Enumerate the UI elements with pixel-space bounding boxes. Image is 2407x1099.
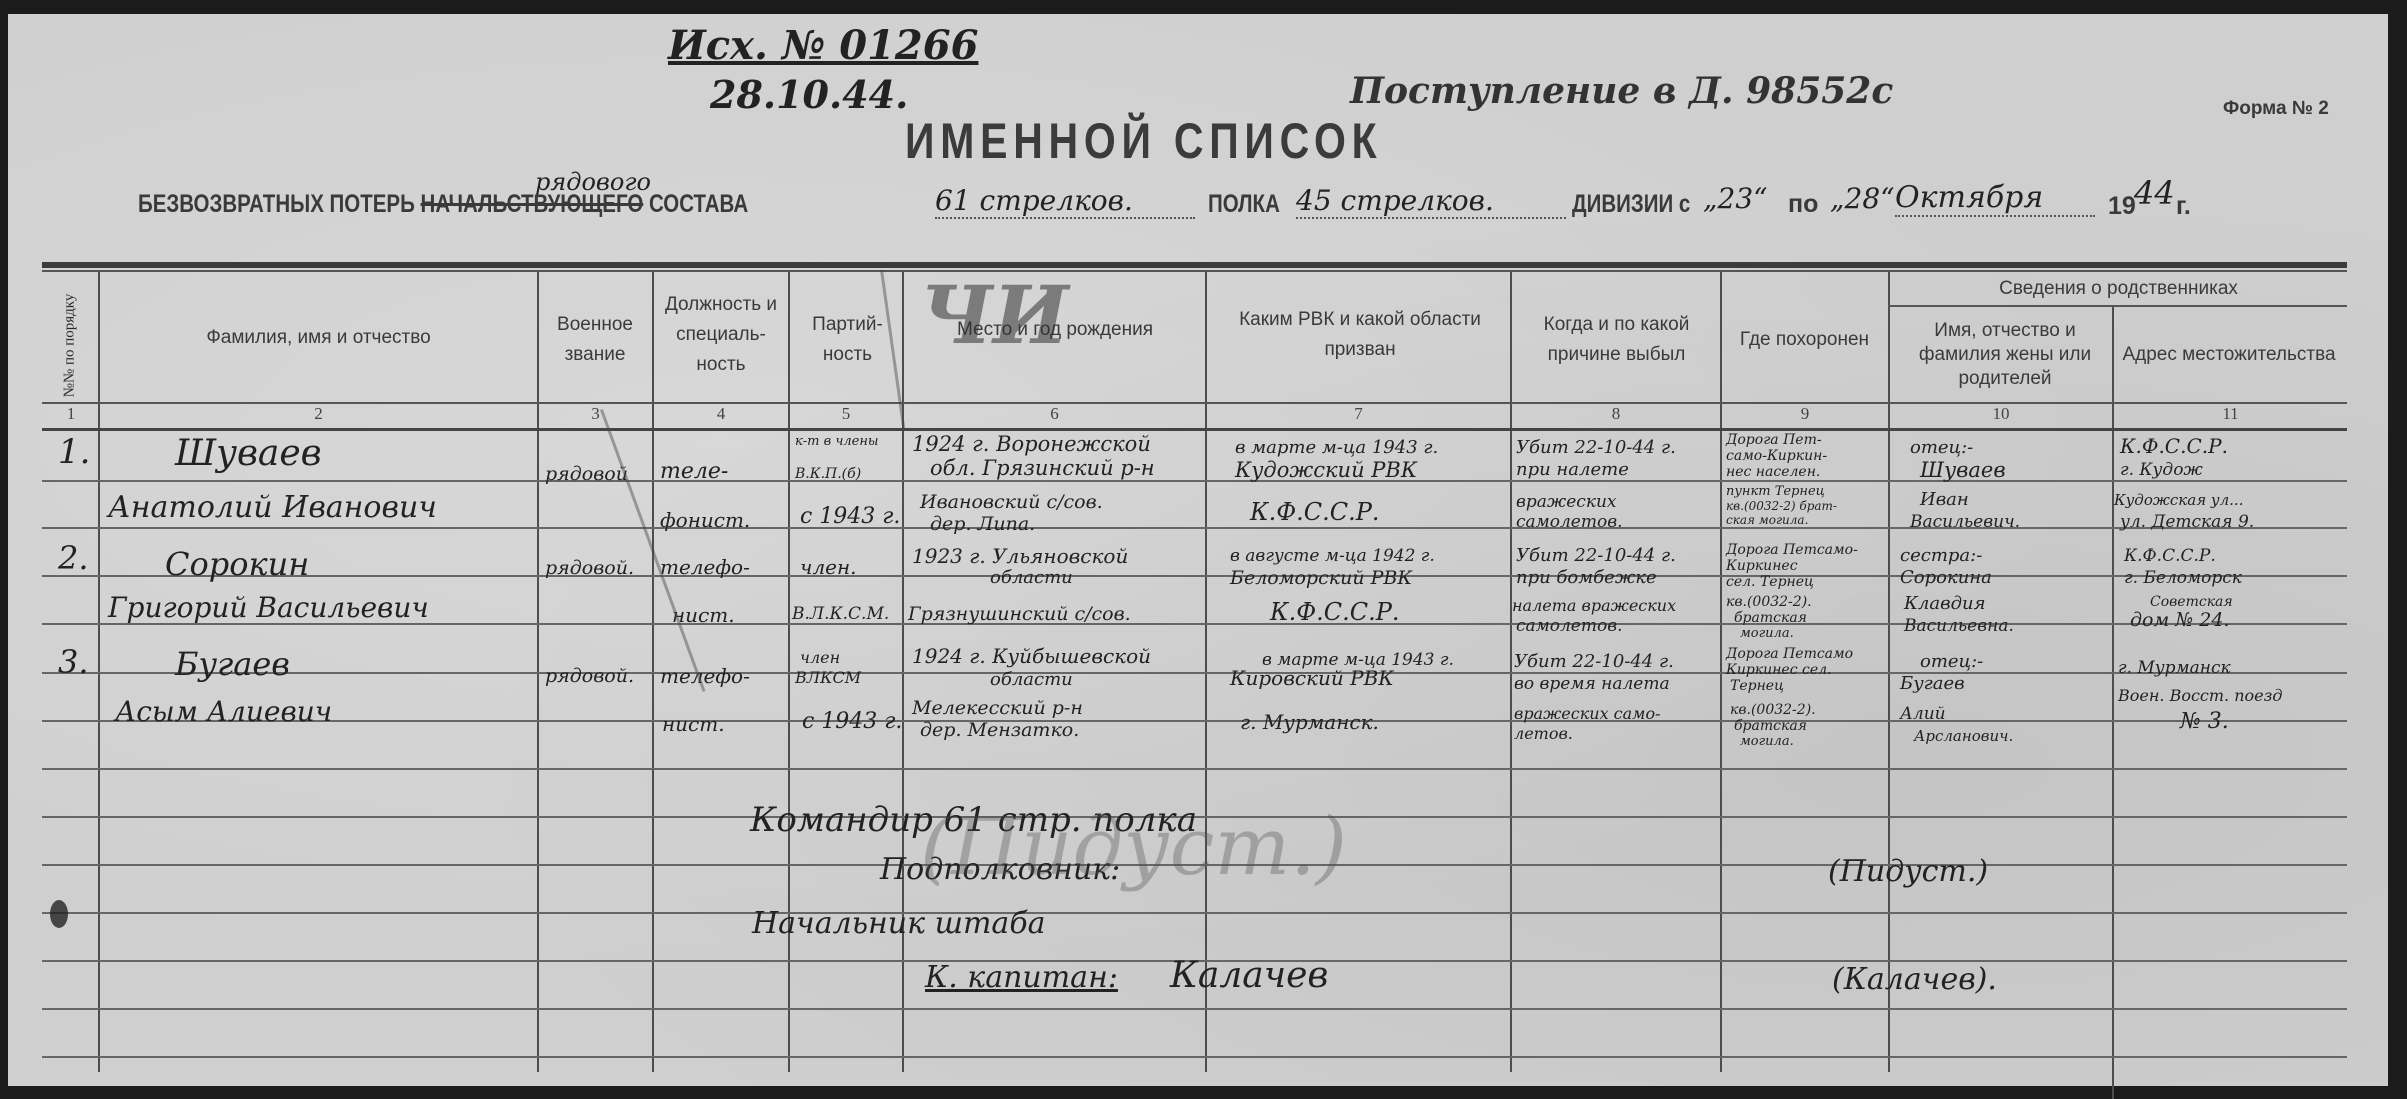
table-row-1-position: теле- xyxy=(660,460,728,484)
month-field: Октября xyxy=(1895,180,2095,217)
table-row-3-rvk-3: г. Мурманск. xyxy=(1240,710,1379,734)
table-row-1-party: к-т в члены xyxy=(795,434,879,449)
table-row-2-address: К.Ф.С.С.Р. xyxy=(2124,544,2216,568)
table-row-1-burial-3: нес населен. xyxy=(1726,464,1820,480)
table-row-3-birth-4: дер. Мензатко. xyxy=(920,718,1079,742)
table-row-3-burial-2: Киркинес сел. xyxy=(1726,662,1831,678)
table-row-3-address-2: Воен. Восст. поезд xyxy=(2118,684,2283,708)
table-row-2-birth-2: области xyxy=(990,566,1073,590)
table-row-3-reason-2: во время налета xyxy=(1514,672,1670,696)
table-row-3-reason: Убит 22-10-44 г. xyxy=(1514,650,1674,674)
table-row-2-burial-2: Киркинес xyxy=(1726,558,1798,574)
subtitle: БЕЗВОЗВРАТНЫХ ПОТЕРЬ НАЧАЛЬСТВУЮЩЕГО СОС… xyxy=(138,190,748,219)
table-row-1-relative-3: Иван xyxy=(1920,488,1969,512)
header-col-1: №№ по порядку xyxy=(44,290,96,400)
header-col-7: Каким РВК и какой области призван xyxy=(1210,285,1510,385)
table-row-1-party-since: с 1943 г. xyxy=(800,505,900,529)
table-row-3-reason-4: летов. xyxy=(1514,722,1573,746)
group-header-relatives: Сведения о родственниках xyxy=(1890,274,2347,304)
table-row-1-birth-3: Ивановский с/сов. xyxy=(920,490,1103,514)
table-row-2-reason-2: при бомбежке xyxy=(1516,566,1657,590)
col-number-4: 4 xyxy=(654,404,788,428)
col-number-10: 10 xyxy=(1890,404,2112,428)
table-top-border-inner xyxy=(42,270,2347,272)
to-label: по xyxy=(1788,190,1818,219)
table-row-1-rvk-3: К.Ф.С.С.Р. xyxy=(1250,500,1380,524)
col-number-11: 11 xyxy=(2114,404,2347,428)
table-row-1-address: К.Ф.С.С.Р. xyxy=(2120,434,2228,458)
header-col-10: Имя, отчество и фамилия жены или родител… xyxy=(1900,308,2110,402)
header-col-8: Когда и по какой причине выбыл xyxy=(1514,285,1719,395)
group-header-divider xyxy=(1888,305,2347,307)
table-row-3-relative-3: Алий xyxy=(1900,702,1946,726)
table-row-3-burial-3: Тернец xyxy=(1730,678,1784,694)
col-number-3: 3 xyxy=(539,404,652,428)
col-number-1: 1 xyxy=(44,404,98,428)
table-row-2-reason: Убит 22-10-44 г. xyxy=(1516,544,1676,568)
table-row-3-position-cont: нист. xyxy=(662,712,725,736)
table-row-1-rvk: в марте м-ца 1943 г. xyxy=(1235,436,1438,460)
table-row-2-burial-6: могила. xyxy=(1740,626,1794,641)
composition-label: СОСТАВА xyxy=(649,190,748,218)
table-row-2-birth: 1923 г. Ульяновской xyxy=(912,544,1128,568)
row-line xyxy=(42,768,2347,770)
table-row-3-given-names: Асым Алиевич xyxy=(115,700,332,724)
table-row-3-position: телефо- xyxy=(660,664,750,688)
header-col-4: Должность и специаль- ность xyxy=(656,280,786,390)
header-col-5: Партий- ность xyxy=(800,285,895,395)
table-row-2-party-cont: В.Л.К.С.М. xyxy=(792,602,889,626)
subtitle-prefix: БЕЗВОЗВРАТНЫХ ПОТЕРЬ xyxy=(138,190,415,218)
table-row-2-party: член. xyxy=(800,555,857,579)
row-line xyxy=(42,720,2347,722)
document-page xyxy=(8,14,2388,1086)
registration-stamp: Поступление в Д. 98552с xyxy=(1350,70,1893,112)
col-number-5: 5 xyxy=(790,404,902,428)
table-row-1-reason-4: самолетов. xyxy=(1516,510,1623,534)
table-row-3-burial-6: могила. xyxy=(1740,734,1794,749)
table-row-3-burial-4: кв.(0032-2). xyxy=(1730,702,1816,718)
table-row-1-birth-2: обл. Грязинский р-н xyxy=(930,456,1155,480)
table-row-3-surname: Бугаев xyxy=(175,652,290,676)
table-row-2-rvk-2: Беломорский РВК xyxy=(1230,566,1412,590)
table-row-3-address-3: № 3. xyxy=(2180,710,2229,734)
table-row-3-relative-4: Арсланович. xyxy=(1914,724,2013,748)
row-line xyxy=(42,575,2347,577)
paper-hole xyxy=(50,900,68,928)
number-row-bottom-line xyxy=(42,428,2347,431)
table-row-1-index: 1. xyxy=(58,440,90,464)
table-row-2-position-cont: нист. xyxy=(672,603,735,627)
table-row-1-relative-2: Шуваев xyxy=(1920,458,2006,482)
table-row-1-birth-4: дер. Липа. xyxy=(930,512,1035,536)
to-day: „28“ xyxy=(1830,182,1894,215)
table-row-1-burial-6: ская могила. xyxy=(1726,513,1808,527)
table-row-3-party-since: с 1943 г. xyxy=(802,710,902,734)
table-row-2-address-2: г. Беломорск xyxy=(2124,566,2242,590)
table-row-2-burial: Дорога Петсамо- xyxy=(1726,542,1858,558)
division-field: 45 стрелков. xyxy=(1296,184,1566,219)
table-row-2-relative-4: Васильевна. xyxy=(1904,614,2014,638)
table-row-2-rvk: в августе м-ца 1942 г. xyxy=(1230,544,1435,568)
chief-of-staff-name: (Калачев). xyxy=(1832,962,1997,997)
row-line xyxy=(42,1008,2347,1010)
commander-signature-pencil: (Пидуст.) xyxy=(920,800,1347,893)
table-row-2-burial-3: сел. Тернец xyxy=(1726,574,1814,590)
table-row-1-address-4: ул. Детская 9. xyxy=(2120,510,2254,534)
table-row-2-rvk-3: К.Ф.С.С.Р. xyxy=(1270,600,1400,624)
table-row-2-burial-4: кв.(0032-2). xyxy=(1726,594,1812,610)
table-row-2-reason-4: самолетов. xyxy=(1516,614,1623,638)
row-line xyxy=(42,912,2347,914)
table-row-3-relative-2: Бугаев xyxy=(1900,672,1965,696)
chief-of-staff-title: Начальник штаба xyxy=(752,906,1046,941)
table-row-2-relative-2: Сорокина xyxy=(1900,566,1992,590)
table-row-3-relative: отец:- xyxy=(1920,650,1983,674)
header-col-3: Военное звание xyxy=(545,285,645,395)
table-row-2-relative: сестра:- xyxy=(1900,544,1982,568)
pencil-annotation: ЧИ xyxy=(920,268,1069,362)
from-day: „23“ xyxy=(1703,182,1767,215)
table-row-1-relative-4: Васильевич. xyxy=(1910,510,2020,534)
year-prefix: 19 xyxy=(2108,192,2136,221)
table-row-1-burial: Дорога Пет- xyxy=(1726,432,1822,448)
col-number-2: 2 xyxy=(100,404,537,428)
table-row-3-rank: рядовой. xyxy=(545,664,634,688)
table-row-1-surname: Шуваев xyxy=(175,442,322,466)
table-row-2-index: 2. xyxy=(58,546,89,570)
page-title: ИМЕННОЙ СПИСОК xyxy=(905,112,1382,170)
table-row-3-burial-5: братская xyxy=(1734,718,1807,734)
table-row-2-relative-3: Клавдия xyxy=(1904,592,1986,616)
table-row-3-rvk-2: Кировский РВК xyxy=(1230,666,1394,690)
table-row-3-address: г. Мурманск xyxy=(2118,656,2231,680)
col-number-7: 7 xyxy=(1207,404,1510,428)
table-row-1-party-cont: В.К.П.(б) xyxy=(795,462,861,486)
table-row-2-rank: рядовой. xyxy=(545,556,634,580)
header-col-11: Адрес местожительства xyxy=(2114,308,2344,402)
row-line xyxy=(42,672,2347,674)
outgoing-number: Исх. № 01266 xyxy=(668,22,978,69)
table-row-1-rank: рядовой xyxy=(545,462,628,486)
table-row-2-address-4: дом № 24. xyxy=(2130,608,2230,632)
table-row-3-burial: Дорога Петсамо xyxy=(1726,646,1853,662)
table-row-3-birth-2: области xyxy=(990,668,1073,692)
year-label: г. xyxy=(2176,192,2191,221)
table-row-2-birth-3: Грязнушинский с/сов. xyxy=(908,602,1131,626)
division-label: ДИВИЗИИ с xyxy=(1572,190,1690,219)
table-row-2-position: телефо- xyxy=(660,555,750,579)
table-row-1-burial-4: пункт Тернец xyxy=(1726,484,1825,499)
table-row-1-rvk-2: Кудожский РВК xyxy=(1235,458,1417,482)
table-top-border xyxy=(42,262,2347,268)
table-row-3-party-cont: ВЛКСМ xyxy=(795,666,861,690)
regiment-label: ПОЛКА xyxy=(1208,190,1280,219)
col-number-9: 9 xyxy=(1722,404,1888,428)
table-row-1-address-2: г. Кудож xyxy=(2120,458,2203,482)
table-row-1-address-3: Кудожская ул... xyxy=(2114,488,2243,512)
year-suffix: 44 xyxy=(2134,174,2175,212)
chief-of-staff-signature: Калачев xyxy=(1170,955,1328,996)
col-number-8: 8 xyxy=(1512,404,1720,428)
table-row-1-burial-5: кв.(0032-2) брат- xyxy=(1726,499,1837,513)
chief-of-staff-rank: К. капитан: xyxy=(925,960,1118,995)
table-row-2-burial-5: братская xyxy=(1734,610,1807,626)
table-row-1-burial-2: само-Киркин- xyxy=(1726,448,1827,464)
form-label: Форма № 2 xyxy=(2223,98,2329,120)
table-row-2-given-names: Григорий Васильевич xyxy=(108,596,429,620)
outgoing-date: 28.10.44. xyxy=(710,72,908,117)
table-row-1-position-cont: фонист. xyxy=(660,508,750,532)
table-row-1-given-names: Анатолий Иванович xyxy=(108,496,437,520)
table-row-3-birth: 1924 г. Куйбышевской xyxy=(912,644,1151,668)
table-row-1-relative: отец:- xyxy=(1910,436,1973,460)
regiment-field: 61 стрелков. xyxy=(935,184,1195,219)
table-row-1-reason: Убит 22-10-44 г. xyxy=(1516,436,1676,460)
commander-name: (Пидуст.) xyxy=(1828,854,1988,889)
header-col-2: Фамилия, имя и отчество xyxy=(100,275,537,400)
struck-word: НАЧАЛЬСТВУЮЩЕГО xyxy=(421,190,644,218)
header-col-9: Где похоронен xyxy=(1722,285,1887,395)
table-row-3-birth-3: Мелекесский р-н xyxy=(912,696,1083,720)
table-row-3-index: 3. xyxy=(58,650,89,674)
table-row-2-surname: Сорокин xyxy=(165,552,309,576)
row-line xyxy=(42,1056,2347,1058)
col-number-6: 6 xyxy=(904,404,1205,428)
table-row-1-birth: 1924 г. Воронежской xyxy=(912,432,1151,456)
table-row-1-reason-2: при налете xyxy=(1516,458,1629,482)
